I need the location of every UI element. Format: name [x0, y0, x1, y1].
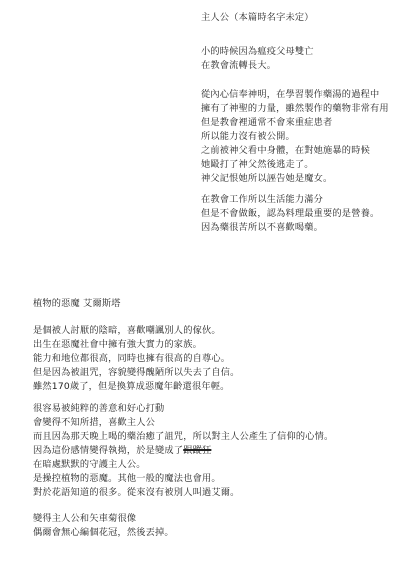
- protagonist-paragraph-1: 小的時候因為瘟疫父母雙亡 在教會流轉長大。: [201, 45, 314, 73]
- text-line: 而且因為那天晚上喝的藥治癒了詛咒，所以對主人公產生了信仰的心情。: [33, 430, 333, 444]
- text-line: 變得主人公和矢車菊很像: [33, 512, 174, 526]
- text-line: 小的時候因為瘟疫父母雙亡: [201, 45, 314, 59]
- text-line: 從內心信奉神明，在學習製作藥湯的過程中: [201, 88, 389, 102]
- text-line: 是操控植物的惡魔。其他一般的魔法也會用。: [33, 472, 333, 486]
- text-line: 因為藥很苦所以不喜歡喝藥。: [201, 221, 379, 235]
- text-line: 她毆打了神父然後逃走了。: [201, 158, 389, 172]
- demon-title: 植物的惡魔 艾爾斯塔: [33, 297, 121, 311]
- text-line: 擁有了神聖的力量，雖然製作的藥物非常有用: [201, 102, 389, 116]
- protagonist-title: 主人公（本篇時名字未定）: [201, 11, 314, 25]
- protagonist-paragraph-3: 在教會工作所以生活能力滿分 但是不會做飯，認為料理最重要的是營養。 因為藥很苦所…: [201, 193, 379, 235]
- section-heading: 主人公（本篇時名字未定）: [201, 11, 314, 25]
- text-line: 之前被神父看中身體，在對她施暴的時候: [201, 144, 389, 158]
- text-line: 是個被人討厭的陰暗，喜歡嘲諷別人的傢伙。: [33, 324, 240, 338]
- text-segment: 因為這份感情變得執拗，於是變成了: [33, 445, 183, 456]
- text-line: 雖然170歲了，但是換算成惡魔年齡還很年輕。: [33, 380, 240, 394]
- demon-paragraph-1: 是個被人討厭的陰暗，喜歡嘲諷別人的傢伙。 出生在惡魔社會中擁有強大實力的家族。 …: [33, 324, 240, 394]
- text-line: 在暗處默默的守護主人公。: [33, 458, 333, 472]
- text-line: 神父記恨她所以誣告她是魔女。: [201, 172, 389, 186]
- text-line: 出生在惡魔社會中擁有強大實力的家族。: [33, 338, 240, 352]
- text-line: 但是不會做飯，認為料理最重要的是營養。: [201, 207, 379, 221]
- struck-text: 跟蹤狂: [183, 445, 211, 456]
- protagonist-paragraph-2: 從內心信奉神明，在學習製作藥湯的過程中 擁有了神聖的力量，雖然製作的藥物非常有用…: [201, 88, 389, 186]
- text-line: 對於花語知道的很多。從來沒有被別人叫過艾爾。: [33, 486, 333, 500]
- text-line: 但是因為被詛咒，容貌變得醜陋所以失去了自信。: [33, 366, 240, 380]
- text-line: 但是教會裡通常不會來重症患者: [201, 116, 389, 130]
- text-line: 所以能力沒有被公開。: [201, 130, 389, 144]
- demon-paragraph-3: 變得主人公和矢車菊很像 偶爾會無心編個花冠，然後丟掉。: [33, 512, 174, 540]
- text-line-with-strikethrough: 因為這份感情變得執拗，於是變成了跟蹤狂: [33, 444, 333, 458]
- demon-paragraph-2: 很容易被純粹的善意和好心打動 會變得不知所措，喜歡主人公 而且因為那天晚上喝的藥…: [33, 402, 333, 500]
- text-line: 偶爾會無心編個花冠，然後丟掉。: [33, 526, 174, 540]
- section-heading: 植物的惡魔 艾爾斯塔: [33, 297, 121, 311]
- text-line: 在教會工作所以生活能力滿分: [201, 193, 379, 207]
- text-line: 會變得不知所措，喜歡主人公: [33, 416, 333, 430]
- text-line: 很容易被純粹的善意和好心打動: [33, 402, 333, 416]
- text-line: 能力和地位都很高，同時也擁有很高的自尊心。: [33, 352, 240, 366]
- text-line: 在教會流轉長大。: [201, 59, 314, 73]
